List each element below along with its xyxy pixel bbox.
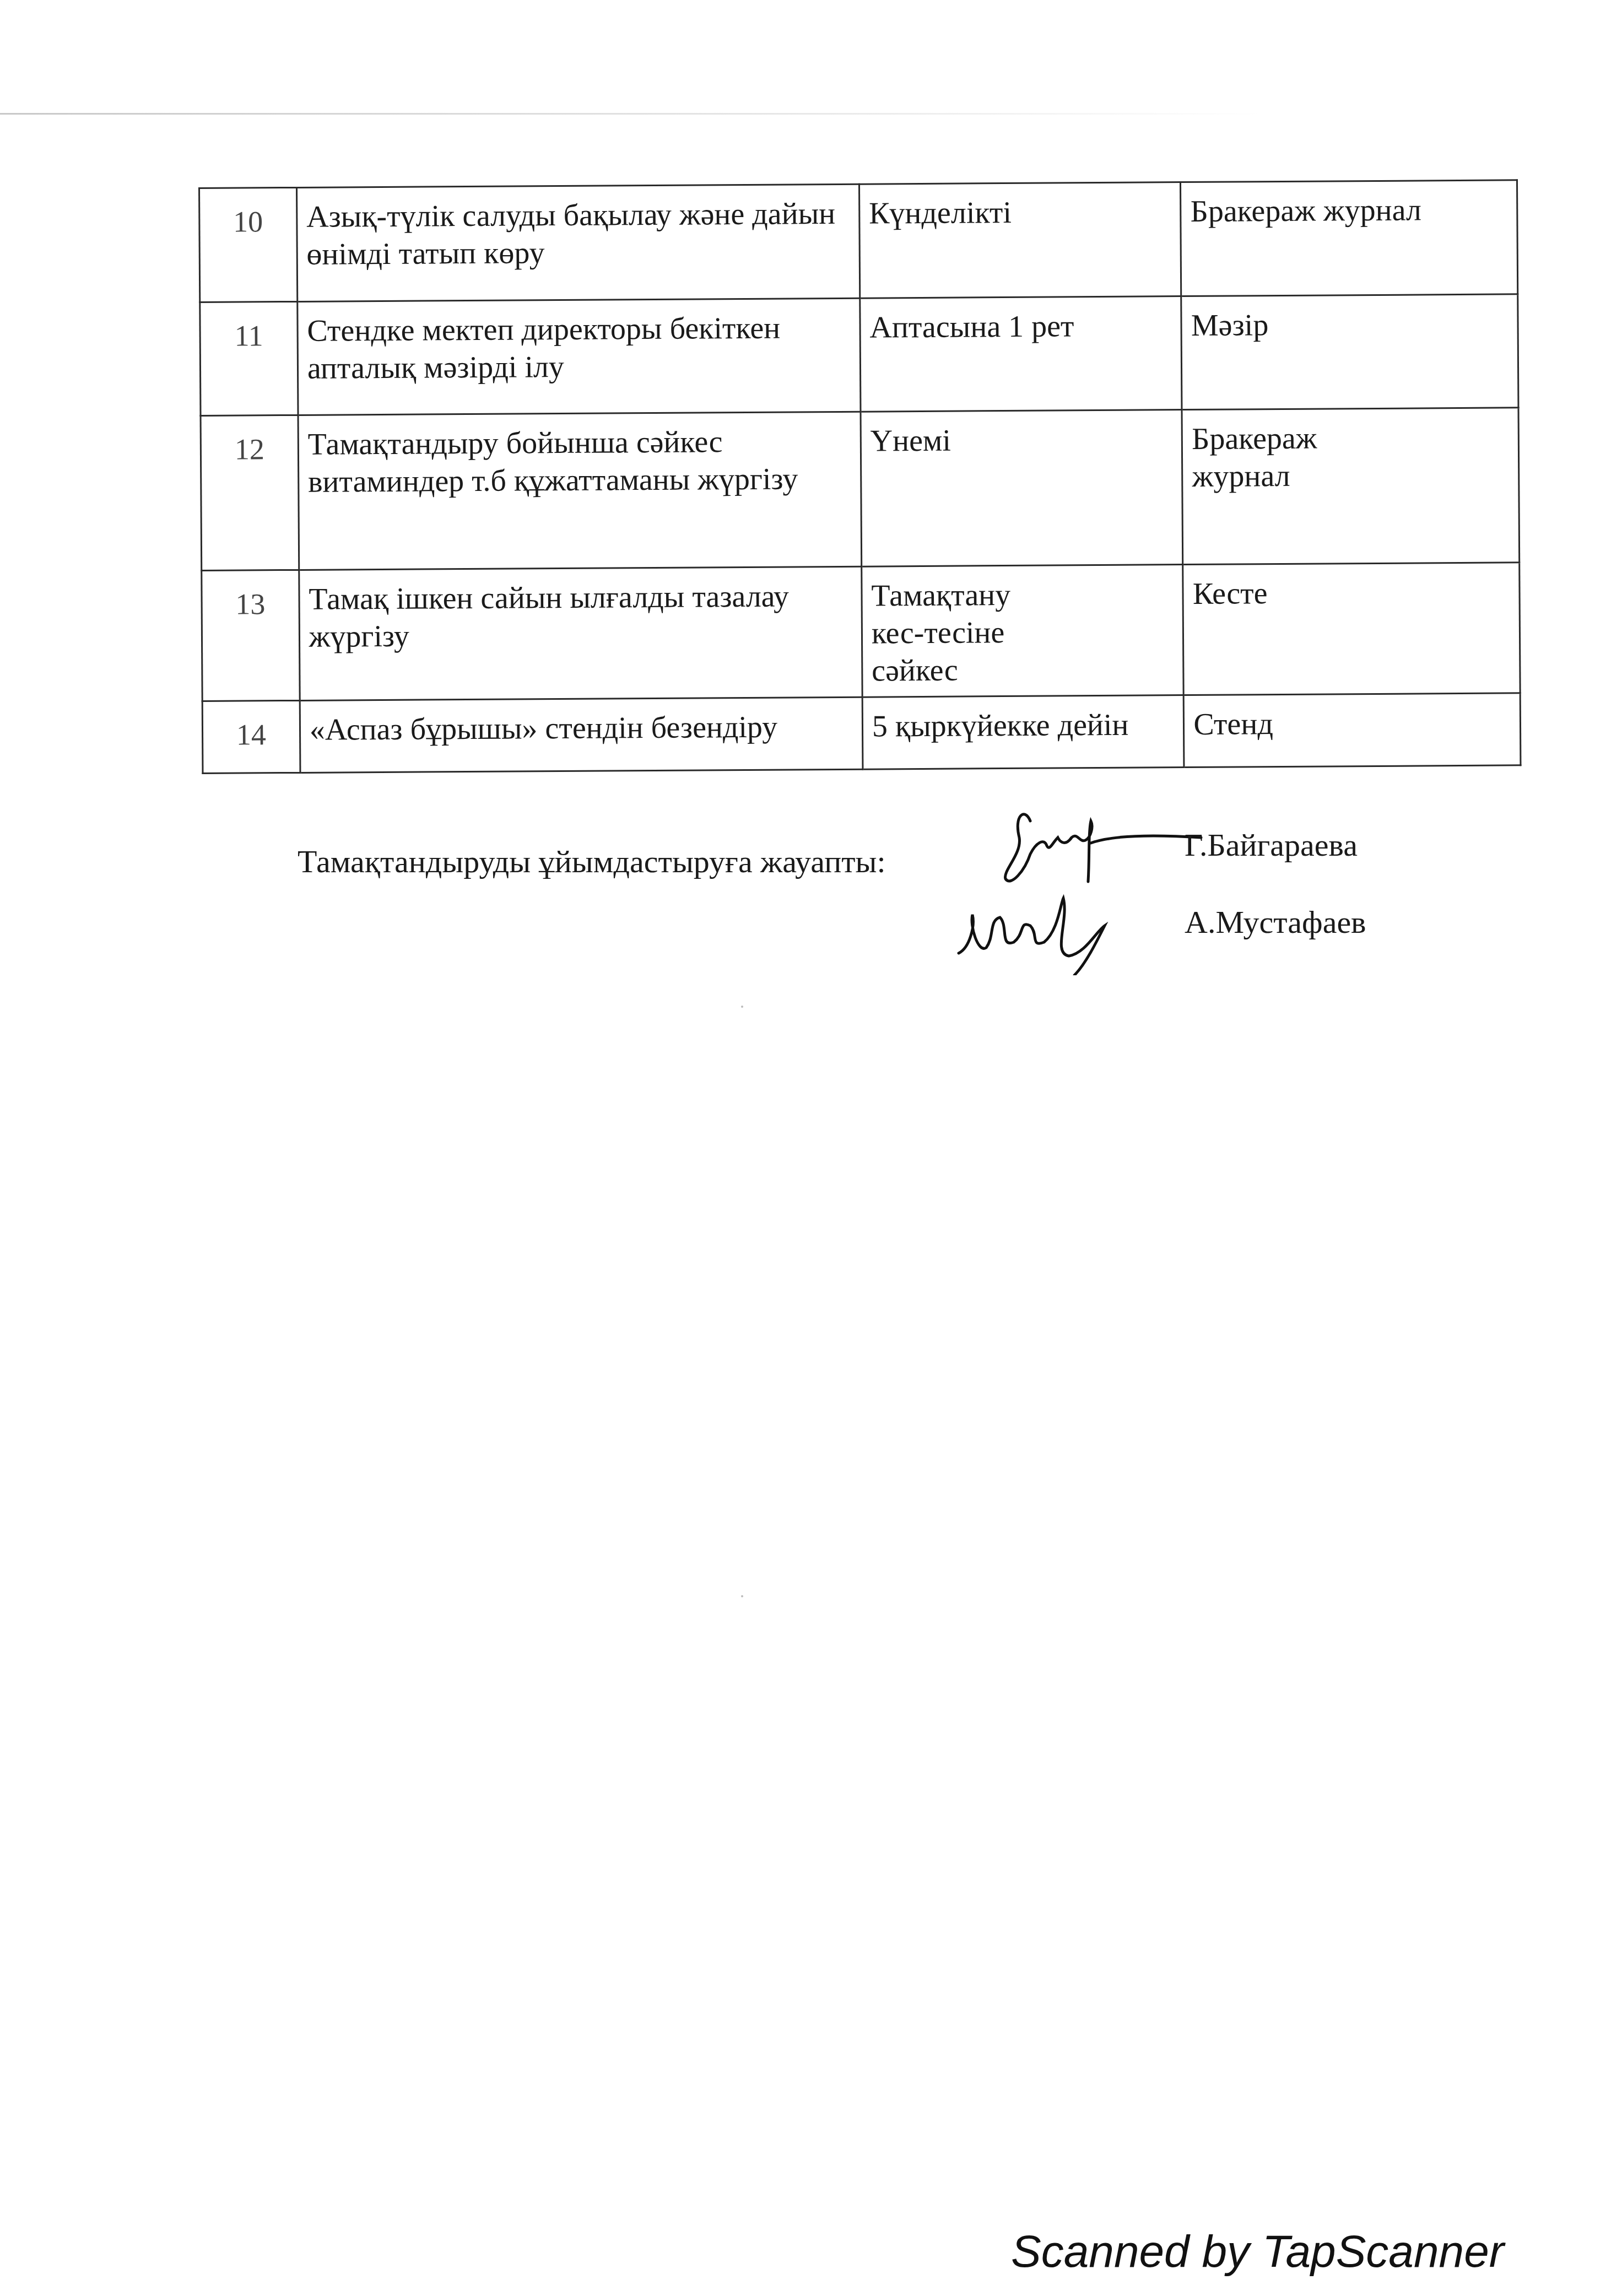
- signatory-name: Г.Байгараева: [1185, 826, 1358, 863]
- row-number: 13: [202, 570, 300, 701]
- row-document: Кесте: [1183, 563, 1520, 695]
- row-frequency: Аптасына 1 рет: [860, 296, 1182, 412]
- row-task: Тамақтандыру бойынша сәйкес витаминдер т…: [298, 412, 862, 570]
- table-row: 13 Тамақ ішкен сайын ылғалды тазалау жүр…: [202, 563, 1520, 701]
- row-document-text: Бракераж журнал: [1192, 419, 1336, 495]
- scan-speck: [741, 1595, 743, 1597]
- row-frequency: 5 қыркүйекке дейін: [862, 695, 1184, 770]
- scanner-watermark: Scanned by TapScanner: [1011, 2226, 1504, 2278]
- row-frequency-text: Тамақтану кес-тесіне сәйкес: [871, 576, 1037, 690]
- row-task: «Аспаз бұрышы» стендін безендіру: [300, 697, 863, 772]
- row-number: 11: [200, 301, 298, 415]
- row-number: 12: [201, 415, 299, 570]
- table-row: 14 «Аспаз бұрышы» стендін безендіру 5 қы…: [202, 693, 1521, 774]
- row-number: 14: [202, 700, 300, 773]
- scan-speck: [741, 1006, 743, 1008]
- table-row: 11 Стендке мектеп директоры бекіткен апт…: [200, 294, 1518, 416]
- row-document: Стенд: [1184, 693, 1521, 768]
- row-frequency: Күнделікті: [859, 182, 1181, 299]
- row-document: Мәзір: [1181, 294, 1518, 410]
- table-row: 12 Тамақтандыру бойынша сәйкес витаминде…: [201, 408, 1520, 571]
- row-frequency: Тамақтану кес-тесіне сәйкес: [862, 565, 1184, 698]
- row-document: Бракераж журнал: [1181, 180, 1518, 296]
- signatory-name: А.Мустафаев: [1185, 904, 1366, 941]
- row-task: Тамақ ішкен сайын ылғалды тазалау жүргіз…: [299, 566, 863, 700]
- row-frequency: Үнемі: [861, 410, 1183, 567]
- row-number: 10: [199, 187, 298, 302]
- row-task: Азық-түлік салуды бақылау және дайын өні…: [296, 184, 859, 301]
- signature-icon: [948, 887, 1157, 975]
- signature-icon: [992, 804, 1212, 887]
- row-document: Бракераж журнал: [1182, 408, 1519, 565]
- scan-edge-line: [0, 113, 1267, 115]
- table-row: 10 Азық-түлік салуды бақылау және дайын …: [199, 180, 1518, 302]
- responsible-label: Тамақтандыруды ұйымдастыруға жауапты:: [298, 843, 886, 880]
- plan-table: 10 Азық-түлік салуды бақылау және дайын …: [198, 179, 1521, 774]
- row-task: Стендке мектеп директоры бекіткен апталы…: [298, 298, 861, 415]
